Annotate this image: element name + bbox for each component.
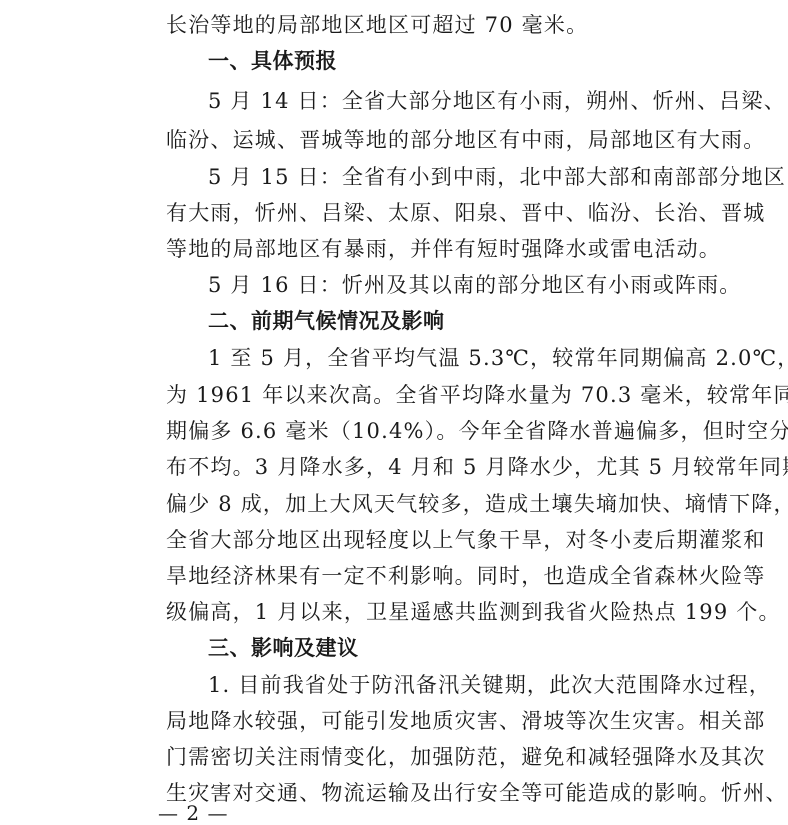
text-line: 局地降水较强，可能引发地质灾害、滑坡等次生灾害。相关部 xyxy=(166,706,656,736)
text-line: 有大雨，忻州、吕梁、太原、阳泉、晋中、临汾、长治、晋城 xyxy=(166,198,656,228)
section-heading-forecast: 一、具体预报 xyxy=(166,46,698,76)
section-heading-climate: 二、前期气候情况及影响 xyxy=(166,306,698,336)
page-number: — 2 — xyxy=(158,800,228,825)
text-line: 门需密切关注雨情变化，加强防范，避免和减轻强降水及其次 xyxy=(166,742,656,772)
text-line: 级偏高，1 月以来，卫星遥感共监测到我省火险热点 199 个。 xyxy=(166,597,656,627)
text-line: 布不均。3 月降水多，4 月和 5 月降水少，尤其 5 月较常年同期 xyxy=(166,452,656,482)
impact-paragraph: 1. 目前我省处于防汛备汛关键期，此次大范围降水过程， xyxy=(166,670,698,700)
text-line: 为 1961 年以来次高。全省平均降水量为 70.3 毫米，较常年同 xyxy=(166,380,656,410)
text-line: 期偏多 6.6 毫米（10.4%）。今年全省降水普遍偏多，但时空分 xyxy=(166,416,656,446)
climate-paragraph: 1 至 5 月，全省平均气温 5.3℃，较常年同期偏高 2.0℃， xyxy=(166,343,698,373)
forecast-may-16: 5 月 16 日：忻州及其以南的部分地区有小雨或阵雨。 xyxy=(166,270,698,300)
text-line: 旱地经济林果有一定不利影响。同时，也造成全省森林火险等 xyxy=(166,561,656,591)
forecast-may-15: 5 月 15 日：全省有小到中雨，北中部大部和南部部分地区 xyxy=(166,162,698,192)
section-heading-impact: 三、影响及建议 xyxy=(166,633,698,663)
text-line: 临汾、运城、晋城等地的部分地区有中雨，局部地区有大雨。 xyxy=(166,125,656,155)
text-line: 生灾害对交通、物流运输及出行安全等可能造成的影响。忻州、 xyxy=(166,778,656,808)
text-line: 长治等地的局部地区地区可超过 70 毫米。 xyxy=(166,10,656,40)
document-page: 长治等地的局部地区地区可超过 70 毫米。 一、具体预报 5 月 14 日：全省… xyxy=(0,0,788,825)
forecast-may-14: 5 月 14 日：全省大部分地区有小雨，朔州、忻州、吕梁、 xyxy=(166,86,698,116)
text-line: 等地的局部地区有暴雨，并伴有短时强降水或雷电活动。 xyxy=(166,234,656,264)
text-line: 偏少 8 成，加上大风天气较多，造成土壤失墒加快、墒情下降， xyxy=(166,489,656,519)
text-line: 全省大部分地区出现轻度以上气象干旱，对冬小麦后期灌浆和 xyxy=(166,525,656,555)
